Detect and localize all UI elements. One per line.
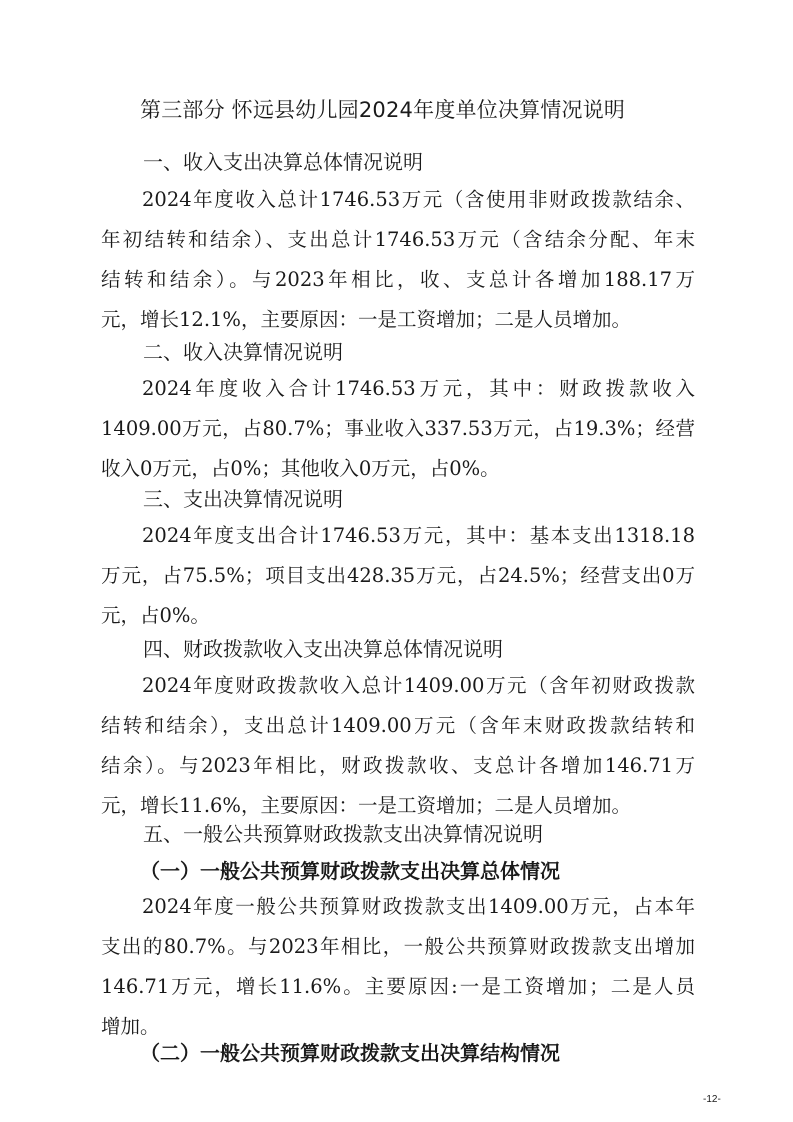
paragraph-line: 2024年度财政拨款收入总计1409.00万元（含年初财政拨款 xyxy=(101,666,695,706)
section-body-4: 2024年度财政拨款收入总计1409.00万元（含年初财政拨款 结转和结余），支… xyxy=(101,666,695,826)
page-title: 第三部分 怀远县幼儿园2024年度单位决算情况说明 xyxy=(140,94,625,124)
paragraph-line: 支出的80.7%。与2023年相比，一般公共预算财政拨款支出增加 xyxy=(101,927,695,967)
subsection-heading-5-2: （二）一般公共预算财政拨款支出决算结构情况 xyxy=(140,1037,560,1066)
paragraph-line: 年初结转和结余）、支出总计1746.53万元（含结余分配、年末 xyxy=(101,220,695,260)
section-body-5: 2024年度一般公共预算财政拨款支出1409.00万元，占本年 支出的80.7%… xyxy=(101,887,695,1047)
section-heading-3: 三、支出决算情况说明 xyxy=(143,483,343,512)
paragraph-line: 结余）。与2023年相比，财政拨款收、支总计各增加146.71万 xyxy=(101,746,695,786)
paragraph-line: 元，占0%。 xyxy=(101,596,695,636)
paragraph-line: 2024年度收入合计1746.53万元，其中：财政拨款收入 xyxy=(101,369,695,409)
paragraph-line: 元，增长12.1%，主要原因：一是工资增加；二是人员增加。 xyxy=(101,300,695,340)
paragraph-line: 2024年度支出合计1746.53万元，其中：基本支出1318.18 xyxy=(101,516,695,556)
section-body-3: 2024年度支出合计1746.53万元，其中：基本支出1318.18 万元，占7… xyxy=(101,516,695,636)
section-heading-2: 二、收入决算情况说明 xyxy=(143,336,343,365)
paragraph-line: 万元，占75.5%；项目支出428.35万元，占24.5%；经营支出0万 xyxy=(101,556,695,596)
paragraph-line: 2024年度收入总计1746.53万元（含使用非财政拨款结余、 xyxy=(101,180,695,220)
paragraph-line: 146.71万元，增长11.6%。主要原因:一是工资增加；二是人员 xyxy=(101,967,695,1007)
page-number: -12- xyxy=(703,1094,721,1105)
paragraph-line: 1409.00万元，占80.7%；事业收入337.53万元，占19.3%；经营 xyxy=(101,409,695,449)
section-body-2: 2024年度收入合计1746.53万元，其中：财政拨款收入 1409.00万元，… xyxy=(101,369,695,489)
section-heading-4: 四、财政拨款收入支出决算总体情况说明 xyxy=(143,633,503,662)
section-heading-1: 一、收入支出决算总体情况说明 xyxy=(143,146,423,175)
subsection-heading-5-1: （一）一般公共预算财政拨款支出决算总体情况 xyxy=(140,855,560,884)
document-page: 第三部分 怀远县幼儿园2024年度单位决算情况说明 一、收入支出决算总体情况说明… xyxy=(0,0,793,1122)
section-body-1: 2024年度收入总计1746.53万元（含使用非财政拨款结余、 年初结转和结余）… xyxy=(101,180,695,340)
paragraph-line: 2024年度一般公共预算财政拨款支出1409.00万元，占本年 xyxy=(101,887,695,927)
paragraph-line: 结转和结余）。与2023年相比，收、支总计各增加188.17万 xyxy=(101,260,695,300)
section-heading-5: 五、一般公共预算财政拨款支出决算情况说明 xyxy=(143,818,543,847)
paragraph-line: 结转和结余），支出总计1409.00万元（含年末财政拨款结转和 xyxy=(101,706,695,746)
